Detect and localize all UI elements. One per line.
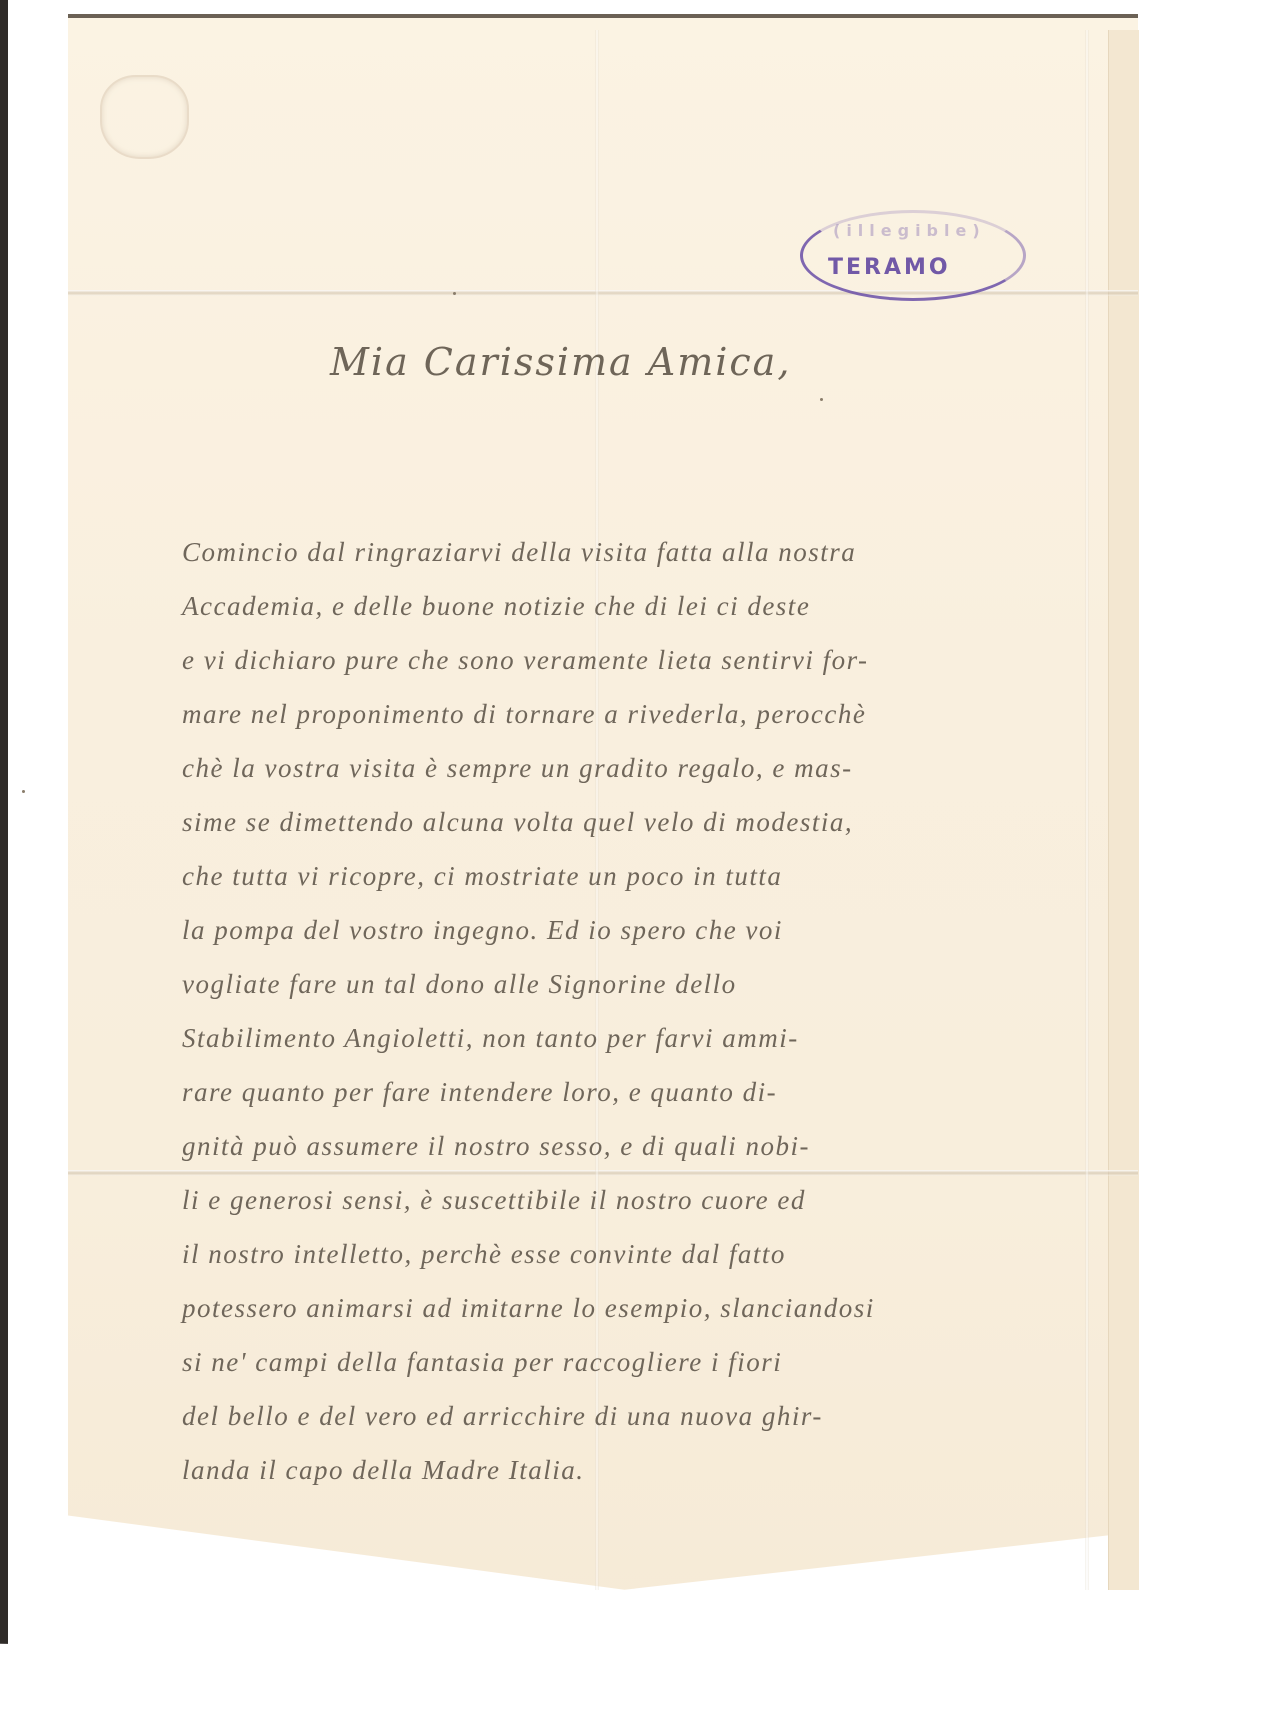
- letter-line: Accademia, e delle buone notizie che di …: [182, 579, 1122, 633]
- letter-line: chè la vostra visita è sempre un gradito…: [182, 741, 1122, 795]
- letter-salutation: Mia Carissima Amica,: [330, 340, 791, 384]
- letter-line: si ne' campi della fantasia per raccogli…: [182, 1335, 1122, 1389]
- ink-speck: [22, 790, 25, 793]
- scan-left-edge: [0, 0, 8, 1725]
- letter-line: Comincio dal ringraziarvi della visita f…: [182, 525, 1122, 579]
- letter-line: mare nel proponimento di tornare a rived…: [182, 687, 1122, 741]
- letter-line: rare quanto per fare intendere loro, e q…: [182, 1065, 1122, 1119]
- letter-line: che tutta vi ricopre, ci mostriate un po…: [182, 849, 1122, 903]
- letter-line: gnità può assumere il nostro sesso, e di…: [182, 1119, 1122, 1173]
- letter-line: Stabilimento Angioletti, non tanto per f…: [182, 1011, 1122, 1065]
- postmark-stamp: (illegible) TERAMO: [800, 210, 1026, 301]
- letter-body: Comincio dal ringraziarvi della visita f…: [182, 525, 1122, 1497]
- letter-line: e vi dichiaro pure che sono veramente li…: [182, 633, 1122, 687]
- ink-speck: [820, 398, 823, 401]
- letter-line: li e generosi sensi, è suscettibile il n…: [182, 1173, 1122, 1227]
- ink-speck: [453, 292, 456, 295]
- scan-background: [0, 1600, 1275, 1725]
- letter-line: potessero animarsi ad imitarne lo esempi…: [182, 1281, 1122, 1335]
- letter-line: sime se dimettendo alcuna volta quel vel…: [182, 795, 1122, 849]
- letter-line: il nostro intelletto, perchè esse convin…: [182, 1227, 1122, 1281]
- letter-line: landa il capo della Madre Italia.: [182, 1443, 1122, 1497]
- embossed-seal-icon: [100, 75, 189, 159]
- postmark-bottom-text: TERAMO: [828, 255, 951, 280]
- letter-line: la pompa del vostro ingegno. Ed io spero…: [182, 903, 1122, 957]
- letter-line: vogliate fare un tal dono alle Signorine…: [182, 957, 1122, 1011]
- postmark-top-text: (illegible): [833, 221, 986, 240]
- letter-line: del bello e del vero ed arricchire di un…: [182, 1389, 1122, 1443]
